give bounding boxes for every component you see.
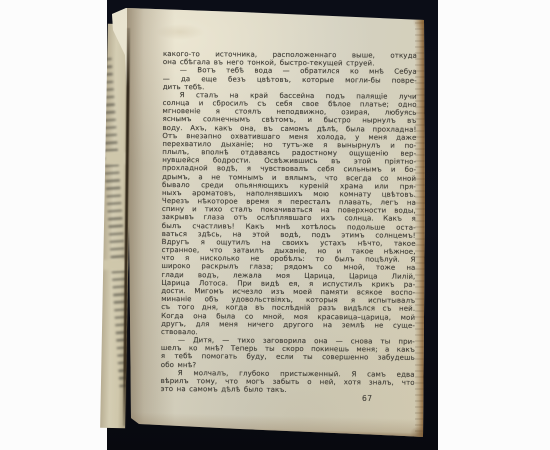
page-number: 67 [362,394,373,403]
book-photo: какого-то источника, расположеннаго выше… [0,0,550,450]
book-page: какого-то источника, расположеннаго выше… [0,0,550,450]
text-block: какого-то источника, расположеннаго выше… [161,50,417,395]
text-line: другъ, для меня ничего другого на землѣ … [161,320,415,330]
